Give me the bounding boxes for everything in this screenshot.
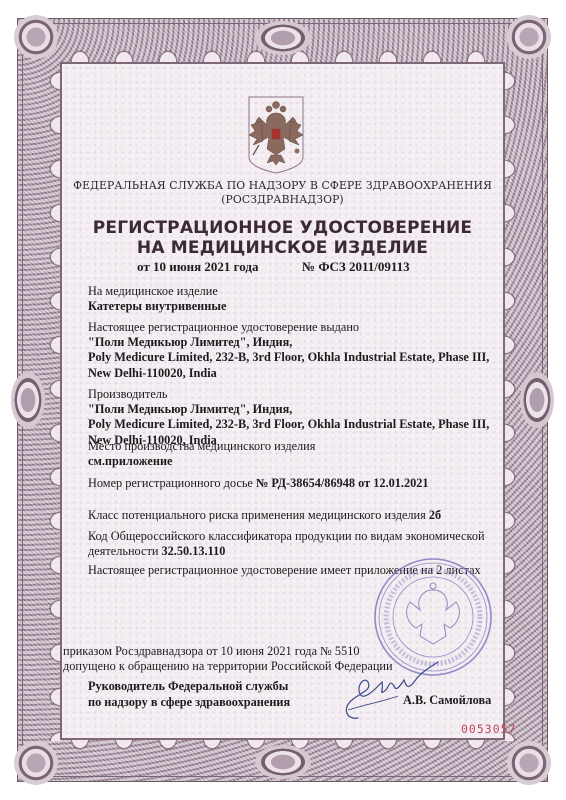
corner-ornament-icon (14, 15, 58, 59)
okpd-line2: деятельности 32.50.13.110 (88, 544, 485, 559)
center-ornament-icon (255, 21, 311, 55)
center-ornament-icon (255, 745, 311, 779)
corner-ornament-icon (507, 15, 551, 59)
certificate-subtitle: НА МЕДИЦИНСКОЕ ИЗДЕЛИЕ (60, 238, 505, 258)
issued-company-city: New Delhi-110020, India (88, 366, 489, 381)
manufacturer-company-ru: "Поли Медикьюр Лимитед", Индия, (88, 402, 489, 417)
certificate-title: РЕГИСТРАЦИОННОЕ УДОСТОВЕРЕНИЕ (60, 218, 505, 238)
corner-ornament-icon (14, 741, 58, 785)
risk-label: Класс потенциального риска применения ме… (88, 508, 429, 522)
issued-company-address: Poly Medicure Limited, 232-B, 3rd Floor,… (88, 350, 489, 365)
certificate-number: № ФСЗ 2011/09113 (302, 259, 410, 275)
dossier-value: № РД-38654/86948 от 12.01.2021 (256, 476, 429, 490)
approval-order: приказом Росздравнадзора от 10 июня 2021… (63, 644, 393, 674)
okpd-code-section: Код Общероссийского классификатора проду… (88, 529, 485, 559)
okpd-value: 32.50.13.110 (161, 544, 225, 558)
dossier-label: Номер регистрационного досье (88, 476, 256, 490)
position-line1: Руководитель Федеральной службы (88, 678, 290, 694)
manufacturer-label: Производитель (88, 387, 489, 402)
device-label: На медицинское изделие (88, 284, 226, 299)
order-line: приказом Росздравнадзора от 10 июня 2021… (63, 644, 393, 659)
russian-coat-of-arms-icon (247, 95, 305, 175)
issue-date: от 10 июня 2021 года (137, 259, 258, 275)
risk-class-line: Класс потенциального риска применения ме… (88, 508, 441, 523)
appendix-note: Настоящее регистрационное удостоверение … (88, 563, 481, 578)
serial-number: 0053057 (461, 722, 516, 736)
risk-value: 2б (429, 508, 441, 522)
signer-name: А.В. Самойлова (403, 693, 491, 708)
signatory-position: Руководитель Федеральной службы по надзо… (88, 678, 290, 710)
okpd-label-cont: деятельности (88, 544, 161, 558)
position-line2: по надзору в сфере здравоохранения (88, 694, 290, 710)
okpd-label: Код Общероссийского классификатора проду… (88, 529, 485, 544)
corner-ornament-icon (507, 741, 551, 785)
dossier-line: Номер регистрационного досье № РД-38654/… (88, 476, 429, 491)
admission-line: допущено к обращению на территории Росси… (63, 659, 393, 674)
center-ornament-icon (11, 372, 45, 428)
issued-label: Настоящее регистрационное удостоверение … (88, 320, 489, 335)
issued-company-ru: "Поли Медикьюр Лимитед", Индия, (88, 335, 489, 350)
issued-to-section: Настоящее регистрационное удостоверение … (88, 320, 489, 381)
production-value: см.приложение (88, 454, 315, 469)
center-ornament-icon (520, 372, 554, 428)
agency-name: ФЕДЕРАЛЬНАЯ СЛУЖБА ПО НАДЗОРУ В СФЕРЕ ЗД… (60, 179, 505, 192)
production-site-section: Место производства медицинского изделия … (88, 439, 315, 469)
production-label: Место производства медицинского изделия (88, 439, 315, 454)
manufacturer-address: Poly Medicure Limited, 232-B, 3rd Floor,… (88, 417, 489, 432)
device-section: На медицинское изделие Катетеры внутриве… (88, 284, 226, 314)
device-name: Катетеры внутривенные (88, 299, 226, 314)
agency-abbreviation: (РОСЗДРАВНАДЗОР) (60, 193, 505, 206)
